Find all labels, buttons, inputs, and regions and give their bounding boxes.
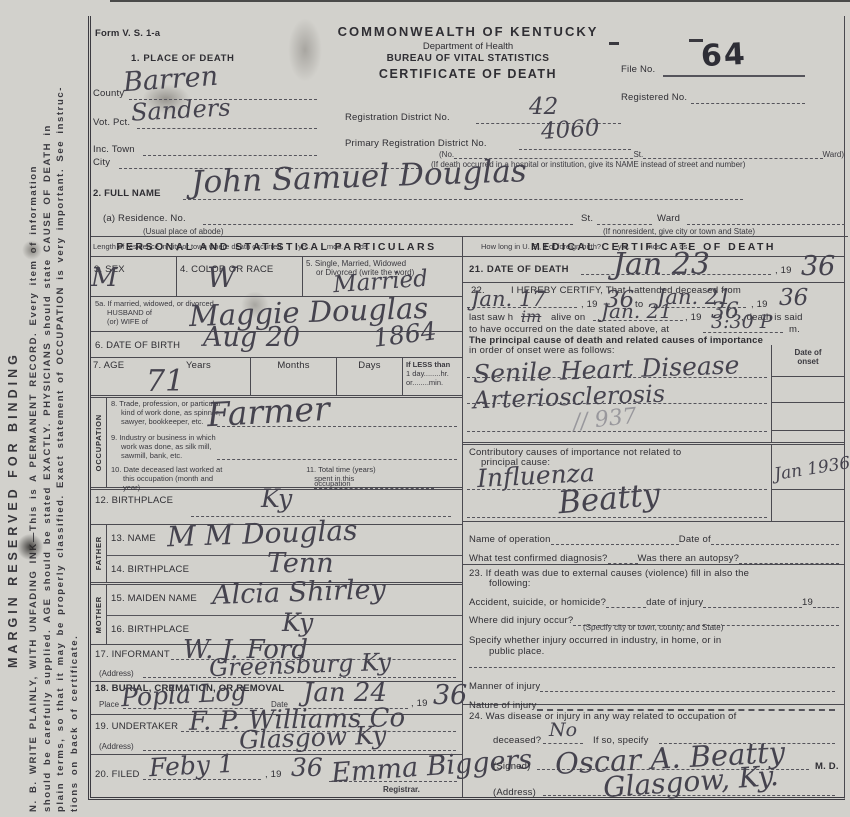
dod-label: 21. DATE OF DEATH [469, 264, 569, 275]
reg-district-label: Registration District No. [345, 112, 450, 123]
occ10-label2: this occupation (month and [123, 474, 213, 483]
personal-column: PERSONAL AND STATISTICAL PARTICULARS 3. … [91, 237, 463, 797]
onset-line3 [772, 430, 844, 431]
age-less3: or........min. [406, 378, 459, 387]
operation-label: Name of operation [469, 534, 551, 545]
margin-instructions: N. B. WRITE PLAINLY, WITH UNFADING INK—T… [27, 20, 81, 812]
certificate-form: Form V. S. 1-a 1. PLACE OF DEATH County … [88, 16, 845, 800]
accident-label: Accident, suicide, or homicide? [469, 597, 606, 608]
race-handwriting: W [207, 261, 236, 294]
filed-date-handwriting: Feby 1 [148, 749, 234, 782]
county-label: County [93, 88, 124, 99]
age-handwriting: 71 [146, 364, 184, 399]
manner-line: Manner of injury [469, 675, 835, 692]
residence-st-label: St. [581, 213, 593, 224]
occ9-row: 9. Industry or business in which work wa… [107, 432, 462, 464]
onset-line1 [772, 376, 844, 377]
margin-note-line4: tions on back of certificate. [68, 20, 82, 812]
dob-row: 6. DATE OF BIRTH Aug 20 1864 [91, 332, 462, 358]
vot-pct-label: Vot. Pct. [93, 117, 130, 128]
occ9-label1: 9. Industry or business in which [111, 433, 216, 442]
onset-label1: Date of [772, 348, 844, 357]
md-label: M. D. [815, 761, 839, 772]
filed-year-handwriting: 36 [291, 753, 323, 782]
date-of-label: Date of [679, 534, 711, 545]
father-vertical-strip: FATHER [91, 525, 107, 582]
mother-vertical-label: MOTHER [94, 596, 103, 633]
informant-row: 17. INFORMANT W. J. Ford (Address) Green… [91, 645, 462, 682]
causes-block: in order of onset were as follows: Senil… [463, 345, 844, 445]
where-label: Where did injury occur? [469, 615, 573, 626]
father-block: FATHER 13. NAME M M Douglas 14. BIRTHPLA… [91, 525, 462, 585]
autopsy-label: Was there an autopsy? [638, 553, 740, 564]
nineteen-label: 19 [802, 597, 813, 608]
dob-year-handwriting: 1864 [371, 316, 438, 353]
full-name-label: 2. FULL NAME [93, 188, 161, 199]
manner-label: Manner of injury [469, 681, 540, 692]
dod-row: 21. DATE OF DEATH Jan 23 , 19 36 [463, 257, 844, 283]
q24-answer-handwriting: No [549, 719, 577, 741]
mother-name-handwriting: Alcia Shirley [212, 574, 387, 611]
contributory-onset-handwriting: Jan 1936 [773, 453, 850, 485]
undertaker-label: 19. UNDERTAKER [95, 721, 178, 732]
age-days-cell: Days [337, 358, 403, 395]
burial-year-prefix: , 19 [411, 698, 428, 709]
marital-cell: 5. Single, Married, Widowed or Divorced … [303, 257, 462, 296]
registrar-label: Registrar. [383, 785, 420, 794]
saw-text1: last saw h [469, 312, 513, 323]
vot-pct-handwriting: Sanders [130, 93, 231, 126]
death-certificate-scan: MARGIN RESERVED FOR BINDING N. B. WRITE … [0, 0, 850, 817]
occ9-label3: sawmill, bank, etc. [121, 451, 182, 460]
m-label: m. [789, 324, 800, 335]
occ8-label2: kind of work done, as spinner, [121, 408, 220, 417]
mother-bp-label: 16. BIRTHPLACE [111, 624, 189, 635]
residence-st-line [597, 204, 652, 225]
bureau-title: BUREAU OF VITAL STATISTICS [323, 53, 613, 64]
dod-year-handwriting: 36 [801, 251, 835, 282]
mother-bp-handwriting: Ky [282, 608, 313, 637]
operation-test-row: Name of operation Date of What test conf… [463, 522, 844, 565]
filed-label: 20. FILED [95, 769, 140, 780]
primary-district-handwriting: 4060 [540, 115, 600, 145]
accident-line: Accident, suicide, or homicide? date of … [469, 591, 839, 608]
external-causes-block: 23. If death was due to external causes … [463, 565, 844, 705]
occ8-label3: sawyer, bookkeeper, etc. [121, 417, 204, 426]
age-less2: 1 day........hr. [406, 369, 459, 378]
father-content: 13. NAME M M Douglas 14. BIRTHPLACE Tenn [107, 525, 462, 582]
residence-line [203, 204, 573, 225]
occ10-label1: 10. Date deceased last worked at [111, 465, 222, 474]
occ9-line [217, 439, 457, 460]
occupation-block: OCCUPATION 8. Trade, profession, or part… [91, 398, 462, 490]
contributory-main: Contributory causes of importance not re… [463, 445, 771, 521]
nonresident-note: (If nonresident, give city or town and S… [603, 227, 755, 236]
dod-handwriting: Jan 23 [613, 247, 710, 282]
to-year-prefix: , 19 [751, 299, 768, 310]
occupation-content: 8. Trade, profession, or particular kind… [107, 398, 462, 487]
birthplace-label: 12. BIRTHPLACE [95, 495, 173, 506]
registered-no-line [691, 83, 805, 104]
title-block: COMMONWEALTH OF KENTUCKY Department of H… [323, 24, 613, 81]
age-years-cell: 7. AGE Years 71 [91, 358, 251, 395]
certify-row: 22. I HEREBY CERTIFY, That I attended de… [463, 283, 844, 345]
to-year-handwriting: 36 [779, 285, 808, 311]
occ8-handwriting: Farmer [206, 389, 331, 434]
father-name-label: 13. NAME [111, 533, 156, 544]
filed-row: 20. FILED Feby 1 , 19 36 Emma Biggers Re… [91, 755, 462, 797]
residence-ward-line [687, 204, 845, 225]
occ11-cell: 11. Total time (years) spent in this occ… [302, 464, 462, 487]
st-label: St. [633, 150, 643, 159]
contributory-onset-column: Jan 1936 [771, 445, 844, 521]
dob-label: 6. DATE OF BIRTH [95, 340, 180, 351]
informant-addr-label: (Address) [99, 669, 134, 678]
deceased-label: deceased? [493, 735, 541, 746]
undertaker-addr-handwriting: Glasgow Ky [239, 720, 387, 754]
contributory-block: Contributory causes of importance not re… [463, 445, 844, 522]
q24-block: 24. Was disease or injury in any way rel… [463, 705, 844, 797]
age-less-cell: If LESS than 1 day........hr. or........… [403, 358, 462, 395]
onset-label2: onset [772, 357, 844, 366]
form-number: Form V. S. 1-a [95, 28, 160, 39]
filed-year-prefix: , 19 [265, 769, 282, 780]
scan-mark [609, 42, 619, 45]
occ11-label1: 11. Total time (years) [306, 465, 375, 474]
saw-year-prefix: , 19 [685, 312, 702, 323]
occupation-vertical-label: OCCUPATION [94, 414, 103, 471]
father-vertical-label: FATHER [94, 536, 103, 570]
occ9-label2: work was done, as silk mill, [121, 442, 211, 451]
occupation-vertical-strip: OCCUPATION [91, 398, 107, 487]
occ8-row: 8. Trade, profession, or particular kind… [107, 398, 462, 432]
margin-binding-text: MARGIN RESERVED FOR BINDING [6, 168, 20, 668]
time-handwriting: 3:30 P [711, 311, 773, 333]
columns: PERSONAL AND STATISTICAL PARTICULARS 3. … [91, 237, 844, 797]
dod-year-prefix: , 19 [775, 265, 792, 276]
age-label: 7. AGE [93, 360, 124, 371]
marital-label1: 5. Single, Married, Widowed [306, 259, 459, 268]
margin-note-line2: should be carefully supplied. AGE should… [41, 20, 55, 812]
birthplace-handwriting: Ky [261, 484, 292, 513]
margin-note-line3: plain terms, so that it may be properly … [54, 20, 68, 812]
test-autopsy-line: What test confirmed diagnosis? Was there… [469, 547, 839, 564]
age-less1: If LESS than [406, 360, 459, 369]
ward-label: Ward) [823, 150, 844, 159]
occ8-label1: 8. Trade, profession, or particular [111, 399, 221, 408]
onset-column: Date of onset [771, 345, 844, 442]
sex-cell: 3. SEX M [91, 257, 177, 296]
age-years-label: Years [186, 360, 211, 371]
cause2-handwriting: Arteriosclerosis [473, 380, 666, 415]
q24-text1: 24. Was disease or injury in any way rel… [469, 711, 736, 722]
spouse-label2: HUSBAND of [107, 308, 152, 317]
undertaker-addr-label: (Address) [99, 742, 134, 751]
undertaker-row: 19. UNDERTAKER F. P. Williams Co (Addres… [91, 715, 462, 755]
signed-label: (Signed) [493, 761, 531, 772]
burial-place-label: Place [99, 700, 119, 709]
dob-handwriting: Aug 20 [203, 322, 300, 353]
saw-text2: alive on [551, 312, 585, 323]
date-injury-label: date of injury [646, 597, 703, 608]
mother-vertical-strip: MOTHER [91, 585, 107, 644]
father-bp-label: 14. BIRTHPLACE [111, 564, 189, 575]
residence-ward-label: Ward [657, 213, 680, 224]
reg-district-handwriting: 42 [529, 94, 558, 120]
blank-dashed-line [469, 653, 835, 668]
race-cell: 4. COLOR OR RACE W [177, 257, 303, 296]
scan-edge-artifact [110, 0, 850, 2]
department-title: Department of Health [323, 41, 613, 52]
father-bp-handwriting: Tenn [267, 548, 334, 579]
age-months-label: Months [254, 360, 333, 371]
test-label: What test confirmed diagnosis? [469, 553, 608, 564]
file-no-label: File No. [621, 64, 655, 75]
file-no-stamp: 64 [700, 37, 748, 74]
commonwealth-title: COMMONWEALTH OF KENTUCKY [323, 24, 613, 39]
specify-text1: Specify whether injury occurred in indus… [469, 635, 721, 646]
sex-handwriting: M [91, 263, 118, 293]
address-label: (Address) [493, 787, 536, 798]
external-text2: following: [489, 578, 531, 589]
principal-text2: in order of onset were as follows: [469, 345, 615, 356]
saw-handwriting: Jan. 21 [601, 299, 672, 323]
specify-city-note: (Specify city or town, county, and State… [583, 623, 723, 632]
city-label: City [93, 157, 110, 168]
margin-note-line1: N. B. WRITE PLAINLY, WITH UNFADING INK—T… [27, 20, 41, 812]
onset-line2 [772, 402, 844, 403]
header-block: Form V. S. 1-a 1. PLACE OF DEATH County … [91, 16, 848, 237]
mother-name-label: 15. MAIDEN NAME [111, 593, 197, 604]
county-handwriting: Barren [122, 61, 219, 99]
occurred-text: to have occurred on the date stated abov… [469, 324, 669, 335]
residence-label: (a) Residence. No. [103, 213, 186, 224]
contributory-onset-line [772, 489, 844, 490]
occ11-label3: occupation [314, 479, 434, 489]
abode-note: (Usual place of abode) [143, 227, 224, 236]
spouse-label3: (or) WIFE of [107, 317, 148, 326]
causes-main: in order of onset were as follows: Senil… [463, 345, 771, 442]
age-days-label: Days [340, 360, 399, 371]
personal-title: PERSONAL AND STATISTICAL PARTICULARS [91, 237, 462, 257]
informant-label: 17. INFORMANT [95, 649, 170, 660]
certificate-title: CERTIFICATE OF DEATH [323, 67, 613, 81]
operation-line: Name of operation Date of [469, 528, 839, 545]
medical-column: MEDICAL CERTIFICATE OF DEATH 21. DATE OF… [463, 237, 844, 797]
registered-no-label: Registered No. [621, 92, 687, 103]
